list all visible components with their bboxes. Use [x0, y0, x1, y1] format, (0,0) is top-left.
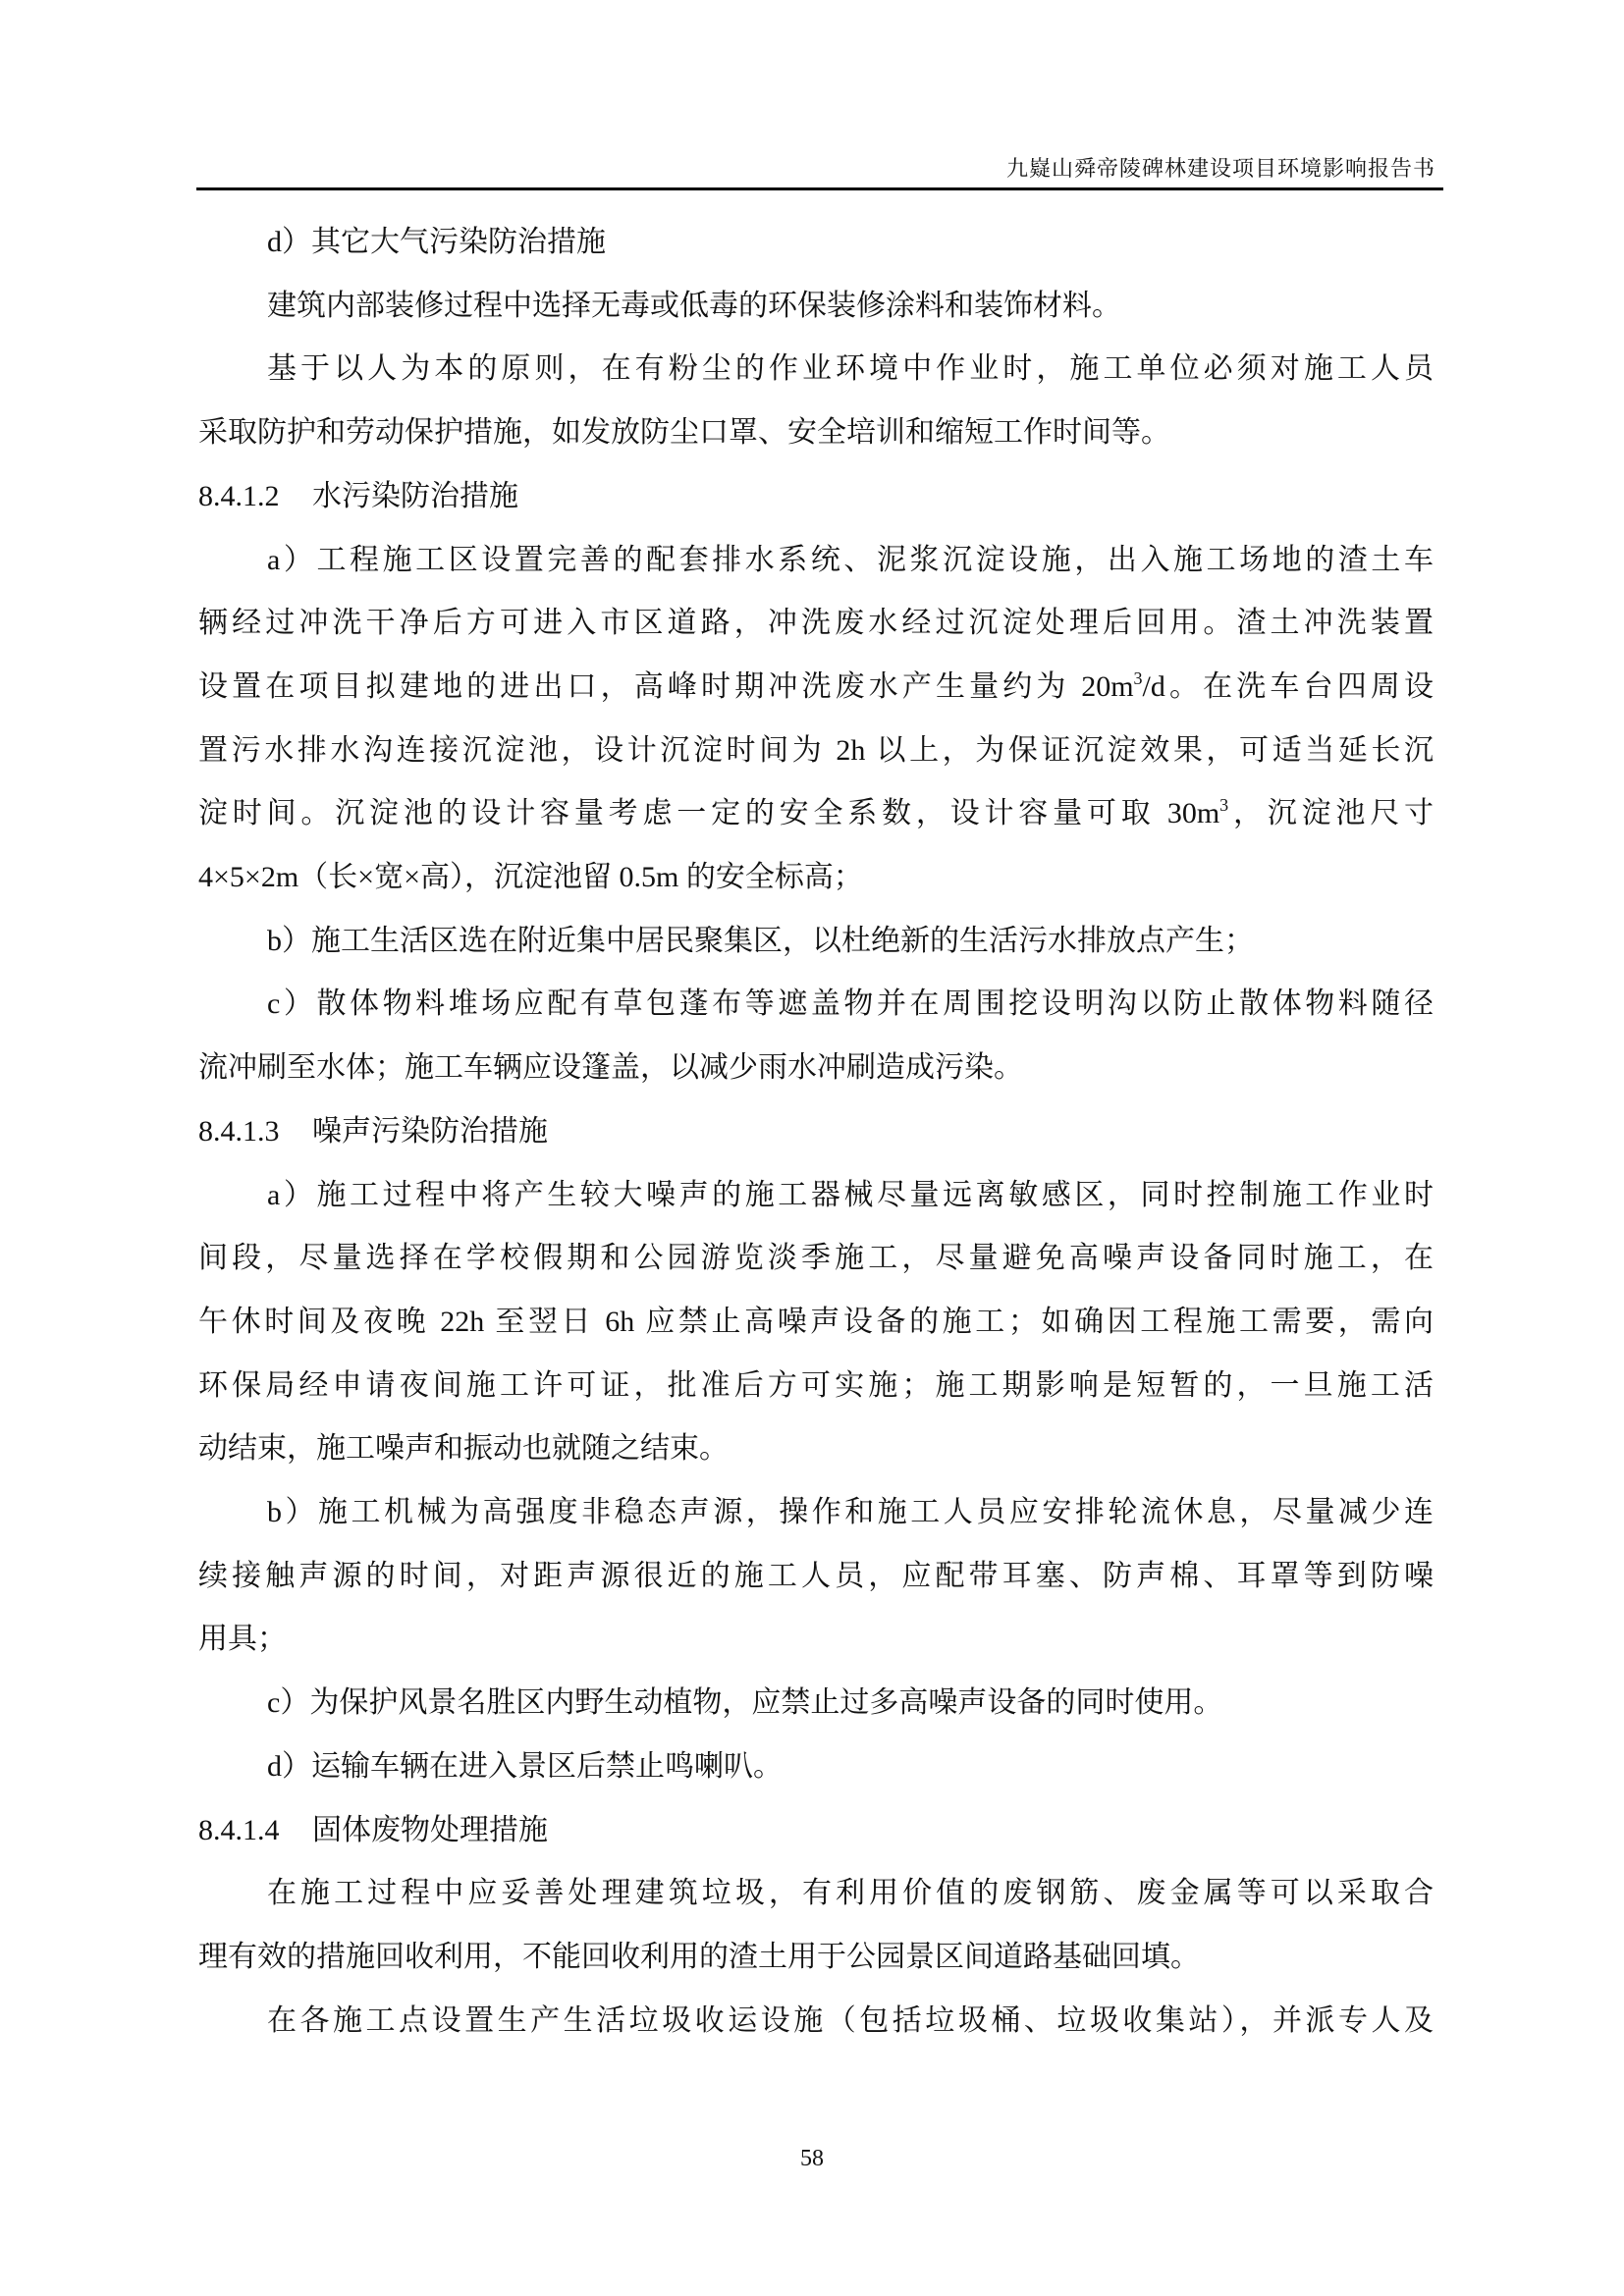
paragraph-line: 午休时间及夜晚 22h 至翌日 6h 应禁止高噪声设备的施工；如确因工程施工需要… [198, 1303, 1434, 1342]
paragraph-line: 置污水排水沟连接沉淀池，设计沉淀时间为 2h 以上，为保证沉淀效果，可适当延长沉 [198, 731, 1434, 771]
paragraph-line: 用具； [198, 1620, 1434, 1659]
document-page: 九嶷山舜帝陵碑林建设项目环境影响报告书 d）其它大气污染防治措施建筑内部装修过程… [0, 0, 1624, 2296]
paragraph-line: 淀时间。沉淀池的设计容量考虑一定的安全系数，设计容量可取 30m3，沉淀池尺寸 [198, 794, 1434, 833]
paragraph-line: 基于以人为本的原则，在有粉尘的作业环境中作业时，施工单位必须对施工人员 [267, 349, 1434, 389]
superscript: 3 [1134, 668, 1143, 688]
paragraph-line: 环保局经申请夜间施工许可证，批准后方可实施；施工期影响是短暂的，一旦施工活 [198, 1366, 1434, 1406]
superscript: 3 [1219, 795, 1228, 815]
paragraph-line: 建筑内部装修过程中选择无毒或低毒的环保装修涂料和装饰材料。 [267, 287, 1434, 326]
section-heading: 8.4.1.4固体废物处理措施 [198, 1811, 1434, 1850]
paragraph-line: c）散体物料堆场应配有草包蓬布等遮盖物并在周围挖设明沟以防止散体物料随径 [267, 985, 1434, 1024]
paragraph-line: b）施工生活区选在附近集中居民聚集区，以杜绝新的生活污水排放点产生； [267, 922, 1434, 961]
header-rule [196, 187, 1443, 190]
section-heading: 8.4.1.2水污染防治措施 [198, 477, 1434, 516]
paragraph-line: 流冲刷至水体；施工车辆应设篷盖，以减少雨水冲刷造成污染。 [198, 1048, 1434, 1088]
paragraph-line: 采取防护和劳动保护措施，如发放防尘口罩、安全培训和缩短工作时间等。 [198, 413, 1434, 453]
paragraph-line: 在施工过程中应妥善处理建筑垃圾，有利用价值的废钢筋、废金属等可以采取合 [267, 1874, 1434, 1913]
section-heading: 8.4.1.3噪声污染防治措施 [198, 1112, 1434, 1151]
line-text: ，沉淀池尺寸 [1228, 797, 1434, 829]
running-header: 九嶷山舜帝陵碑林建设项目环境影响报告书 [1006, 155, 1435, 183]
section-title: 噪声污染防治措施 [312, 1115, 548, 1148]
paragraph-line: d）其它大气污染防治措施 [267, 223, 1434, 262]
paragraph-line: a）施工过程中将产生较大噪声的施工器械尽量远离敏感区，同时控制施工作业时 [267, 1176, 1434, 1215]
section-number: 8.4.1.4 [198, 1811, 312, 1850]
paragraph-line: d）运输车辆在进入景区后禁止鸣喇叭。 [267, 1747, 1434, 1787]
section-title: 固体废物处理措施 [312, 1814, 548, 1846]
line-text: /d。在洗车台四周设 [1143, 670, 1434, 703]
paragraph-line: 设置在项目拟建地的进出口，高峰时期冲洗废水产生量约为 20m3/d。在洗车台四周… [198, 667, 1434, 707]
paragraph-line: 在各施工点设置生产生活垃圾收运设施（包括垃圾桶、垃圾收集站），并派专人及 [267, 2002, 1434, 2041]
paragraph-line: 动结束，施工噪声和振动也就随之结束。 [198, 1429, 1434, 1468]
line-text: 淀时间。沉淀池的设计容量考虑一定的安全系数，设计容量可取 30m [198, 797, 1219, 829]
paragraph-line: a）工程施工区设置完善的配套排水系统、泥浆沉淀设施，出入施工场地的渣土车 [267, 541, 1434, 580]
section-number: 8.4.1.2 [198, 477, 312, 516]
page-number: 58 [0, 2146, 1624, 2172]
paragraph-line: 理有效的措施回收利用，不能回收利用的渣土用于公园景区间道路基础回填。 [198, 1938, 1434, 1977]
paragraph-line: 4×5×2m（长×宽×高），沉淀池留 0.5m 的安全标高； [198, 858, 1434, 897]
paragraph-line: c）为保护风景名胜区内野生动植物，应禁止过多高噪声设备的同时使用。 [267, 1683, 1434, 1723]
paragraph-line: b）施工机械为高强度非稳态声源，操作和施工人员应安排轮流休息，尽量减少连 [267, 1493, 1434, 1532]
paragraph-line: 续接触声源的时间，对距声源很近的施工人员，应配带耳塞、防声棉、耳罩等到防噪 [198, 1557, 1434, 1596]
section-title: 水污染防治措施 [312, 480, 518, 512]
paragraph-line: 间段，尽量选择在学校假期和公园游览淡季施工，尽量避免高噪声设备同时施工，在 [198, 1239, 1434, 1278]
paragraph-line: 辆经过冲洗干净后方可进入市区道路，冲洗废水经过沉淀处理后回用。渣土冲洗装置 [198, 604, 1434, 643]
line-text: 设置在项目拟建地的进出口，高峰时期冲洗废水产生量约为 20m [198, 670, 1134, 703]
section-number: 8.4.1.3 [198, 1112, 312, 1151]
